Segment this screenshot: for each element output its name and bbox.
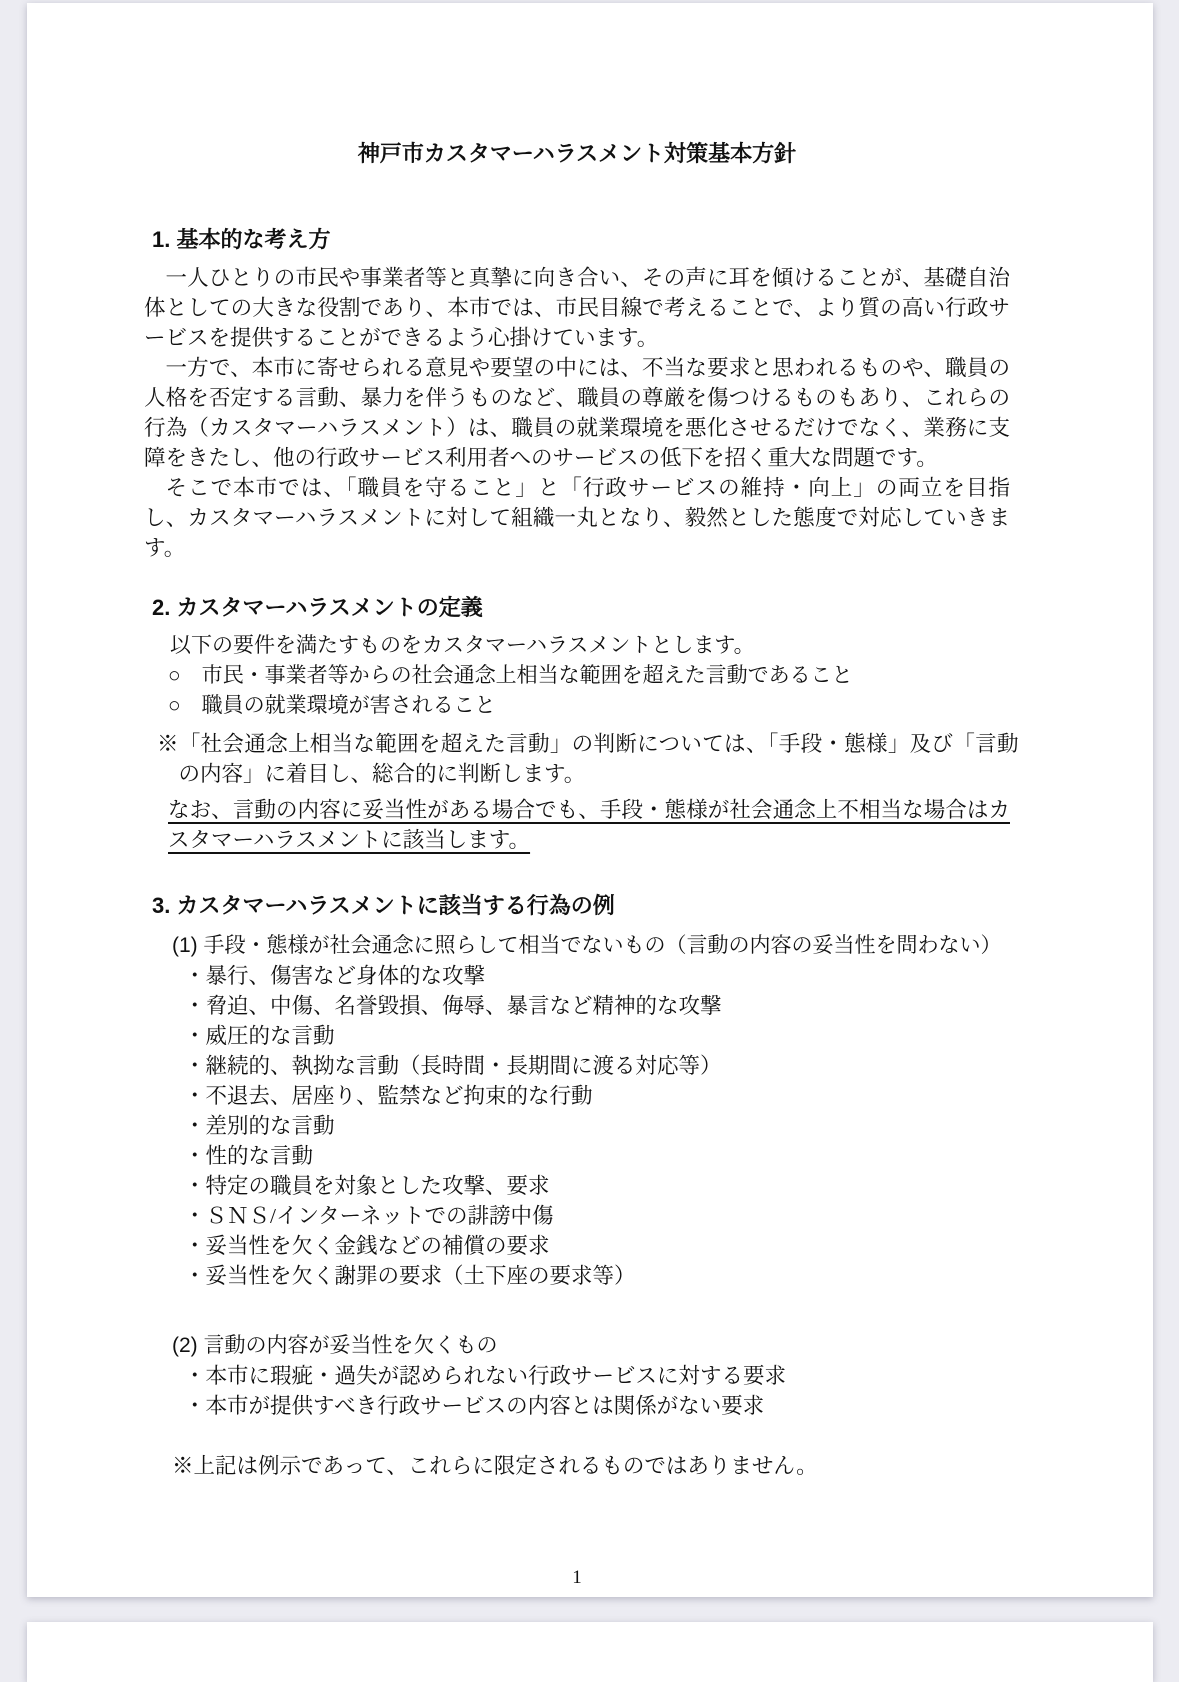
- example-item: ・特定の職員を対象とした攻撃、要求: [184, 1171, 1010, 1201]
- page-content: 神戸市カスタマーハラスメント対策基本方針 1. 基本的な考え方 一人ひとりの市民…: [144, 3, 1010, 1593]
- example-item: ・性的な言動: [184, 1141, 1010, 1171]
- example-item: ・暴行、傷害など身体的な攻撃: [184, 961, 1010, 991]
- document-page-2-edge: [27, 1622, 1153, 1633]
- example-item: ・ＳＮＳ/インターネットでの誹謗中傷: [184, 1201, 1010, 1231]
- example-item: ・継続的、執拗な言動（長時間・長期間に渡る対応等）: [184, 1051, 1010, 1081]
- example-item: ・脅迫、中傷、名誉毀損、侮辱、暴言など精神的な攻撃: [184, 991, 1010, 1021]
- example-item: ・本市が提供すべき行政サービスの内容とは関係がない要求: [184, 1391, 1010, 1421]
- example-item: ・本市に瑕疵・過失が認められない行政サービスに対する要求: [184, 1361, 1010, 1391]
- definition-underlined-note: なお、言動の内容に妥当性がある場合でも、手段・態様が社会通念上不相当な場合はカス…: [168, 795, 1010, 855]
- document-title: 神戸市カスタマーハラスメント対策基本方針: [144, 139, 1010, 169]
- examples-note: ※上記は例示であって、これらに限定されるものではありません。: [172, 1451, 1010, 1481]
- definition-criterion-2: ○ 職員の就業環境が害されること: [168, 691, 1010, 721]
- example-group-1-heading: (1) 手段・態様が社会通念に照らして相当でないもの（言動の内容の妥当性を問わな…: [172, 931, 1010, 961]
- section-1-heading: 1. 基本的な考え方: [152, 225, 1010, 255]
- example-item: ・威圧的な言動: [184, 1021, 1010, 1051]
- section-1-paragraph-1: 一人ひとりの市民や事業者等と真摯に向き合い、その声に耳を傾けることが、基礎自治体…: [144, 263, 1010, 353]
- definition-criterion-1: ○ 市民・事業者等からの社会通念上相当な範囲を超えた言動であること: [168, 661, 1010, 691]
- definition-note: ※「社会通念上相当な範囲を超えた言動」の判断については、「手段・態様」及び「言動…: [157, 729, 1019, 789]
- section-2-heading: 2. カスタマーハラスメントの定義: [152, 593, 1010, 623]
- definition-intro: 以下の要件を満たすものをカスタマーハラスメントとします。: [170, 631, 1010, 661]
- page-number: 1: [144, 1563, 1010, 1593]
- example-item: ・不退去、居座り、監禁など拘束的な行動: [184, 1081, 1010, 1111]
- document-page-1: 神戸市カスタマーハラスメント対策基本方針 1. 基本的な考え方 一人ひとりの市民…: [27, 3, 1153, 1597]
- example-group-2-heading: (2) 言動の内容が妥当性を欠くもの: [172, 1331, 1010, 1361]
- section-1-paragraph-3: そこで本市では、「職員を守ること」と「行政サービスの維持・向上」の両立を目指し、…: [144, 473, 1010, 563]
- example-item: ・妥当性を欠く謝罪の要求（土下座の要求等）: [184, 1261, 1010, 1291]
- section-1-paragraph-2: 一方で、本市に寄せられる意見や要望の中には、不当な要求と思われるものや、職員の人…: [144, 353, 1010, 473]
- example-item: ・妥当性を欠く金銭などの補償の要求: [184, 1231, 1010, 1261]
- example-item: ・差別的な言動: [184, 1111, 1010, 1141]
- section-3-heading: 3. カスタマーハラスメントに該当する行為の例: [152, 891, 1010, 921]
